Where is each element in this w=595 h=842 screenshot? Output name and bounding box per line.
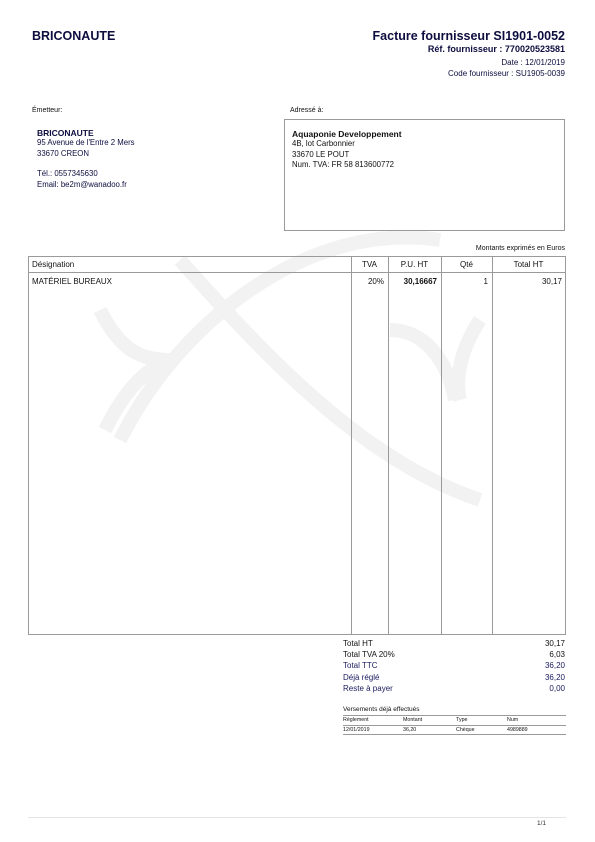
total-tva-label: Total TVA 20% <box>343 649 395 660</box>
emitter-block: BRICONAUTE 95 Avenue de l'Entre 2 Mers 3… <box>32 119 272 229</box>
total-ttc-label: Total TTC <box>343 660 378 671</box>
emitter-address-line2: 33670 CREON <box>37 149 272 160</box>
recipient-vat-number: Num. TVA: FR 58 813600772 <box>292 160 564 171</box>
recipient-name: Aquaponie Developpement <box>292 129 564 139</box>
remaining-row: Reste à payer 0,00 <box>343 683 565 694</box>
column-header-tva: TVA <box>351 260 388 269</box>
payment-type: Chèque <box>456 727 475 733</box>
line-tva: 20% <box>351 277 384 286</box>
footer-divider <box>28 817 566 818</box>
emitter-email: Email: be2m@wanadoo.fr <box>37 180 272 191</box>
total-ht-value: 30,17 <box>545 638 565 649</box>
supplier-code: Code fournisseur : SU1905-0039 <box>448 69 565 78</box>
payments-title: Versements déjà effectués <box>343 706 419 713</box>
payment-amount: 36,20 <box>403 727 416 733</box>
already-paid-value: 36,20 <box>545 672 565 683</box>
supplier-reference: Réf. fournisseur : 770020523581 <box>428 44 565 54</box>
payment-row: 12/01/2019 36,20 Chèque 4989889 <box>343 726 566 735</box>
currency-note: Montants exprimés en Euros <box>476 245 565 252</box>
invoice-date: Date : 12/01/2019 <box>501 58 565 67</box>
page-number: 1/1 <box>537 820 546 827</box>
already-paid-row: Déjà réglé 36,20 <box>343 672 565 683</box>
column-header-quantity: Qté <box>441 260 492 269</box>
invoice-title: Facture fournisseur SI1901-0052 <box>373 29 565 43</box>
payments-header-amount: Montant <box>403 717 422 723</box>
payment-date: 12/01/2019 <box>343 727 370 733</box>
payments-header-type: Type <box>456 717 467 723</box>
payments-header-row: Règlement Montant Type Num <box>343 716 566 725</box>
total-tva-value: 6,03 <box>549 649 565 660</box>
line-designation: MATÉRIEL BUREAUX <box>32 277 112 286</box>
emitter-phone: Tél.: 0557345630 <box>37 169 272 180</box>
payments-header-date: Règlement <box>343 717 369 723</box>
line-unit-price: 30,16667 <box>388 277 437 286</box>
recipient-address-line2: 33670 LE POUT <box>292 150 564 161</box>
remaining-value: 0,00 <box>549 683 565 694</box>
emitter-address-line1: 95 Avenue de l'Entre 2 Mers <box>37 138 272 149</box>
recipient-block: Aquaponie Developpement 4B, lot Carbonni… <box>284 119 565 231</box>
remaining-label: Reste à payer <box>343 683 393 694</box>
total-tva-row: Total TVA 20% 6,03 <box>343 649 565 660</box>
column-header-designation: Désignation <box>32 260 74 269</box>
line-total-ht: 30,17 <box>492 277 562 286</box>
total-ht-row: Total HT 30,17 <box>343 638 565 649</box>
recipient-label: Adressé à: <box>290 107 323 114</box>
emitter-name: BRICONAUTE <box>37 128 272 138</box>
payment-num: 4989889 <box>507 727 528 733</box>
invoice-lines-table: Désignation TVA P.U. HT Qté Total HT MAT… <box>28 256 566 635</box>
total-ttc-value: 36,20 <box>545 660 565 671</box>
payments-table: Règlement Montant Type Num 12/01/2019 36… <box>343 715 566 735</box>
total-ttc-row: Total TTC 36,20 <box>343 660 565 671</box>
total-ht-label: Total HT <box>343 638 373 649</box>
recipient-address-line1: 4B, lot Carbonnier <box>292 139 564 150</box>
payments-header-num: Num <box>507 717 518 723</box>
column-header-unit-price: P.U. HT <box>388 260 441 269</box>
company-name: BRICONAUTE <box>32 29 115 43</box>
totals-block: Total HT 30,17 Total TVA 20% 6,03 Total … <box>343 638 565 694</box>
line-quantity: 1 <box>441 277 488 286</box>
column-header-total-ht: Total HT <box>492 260 565 269</box>
already-paid-label: Déjà réglé <box>343 672 379 683</box>
emitter-label: Émetteur: <box>32 107 62 114</box>
